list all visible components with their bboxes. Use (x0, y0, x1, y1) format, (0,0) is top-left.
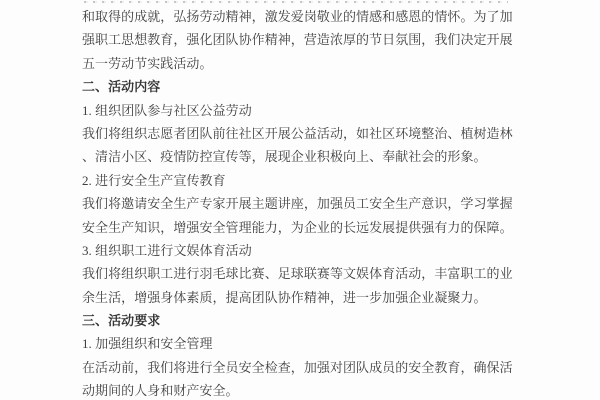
doc-line: 、清洁小区、疫情防控宣传等，展现企业积极向上、奉献社会的形象。 (82, 145, 515, 168)
doc-line: 3. 组织职工进行文娱体育活动 (82, 239, 515, 262)
doc-line: 2. 进行安全生产宣传教育 (82, 169, 515, 192)
doc-line: 动期间的人身和财产安全。 (82, 379, 515, 400)
doc-line: 在活动前，我们将进行全员安全检查，加强对团队成员的安全教育，确保活 (82, 356, 515, 379)
doc-line: 1. 加强组织和安全管理 (82, 332, 515, 355)
clipped-top-line (84, 1, 508, 3)
doc-line: 余生活，增强身体素质，提高团队协作精神，进一步加强企业凝聚力。 (82, 286, 515, 309)
doc-line: 和取得的成就，弘扬劳动精神，激发爱岗敬业的情感和感恩的情怀。为了加 (82, 5, 515, 28)
doc-line: 我们将邀请安全生产专家开展主题讲座，加强员工安全生产意识，学习掌握 (82, 192, 515, 215)
doc-line: 五一劳动节实践活动。 (82, 52, 515, 75)
doc-line: 1. 组织团队参与社区公益劳动 (82, 99, 515, 122)
section-heading: 二、活动内容 (82, 75, 515, 98)
doc-line: 我们将组织职工进行羽毛球比赛、足球联赛等文娱体育活动，丰富职工的业 (82, 262, 515, 285)
document-text-block: 和取得的成就，弘扬劳动精神，激发爱岗敬业的情感和感恩的情怀。为了加强职工思想教育… (82, 5, 515, 400)
section-heading: 三、活动要求 (82, 309, 515, 332)
document-page: 和取得的成就，弘扬劳动精神，激发爱岗敬业的情感和感恩的情怀。为了加强职工思想教育… (0, 0, 600, 400)
doc-line: 安全生产知识，增强安全管理能力，为企业的长远发展提供强有力的保障。 (82, 216, 515, 239)
doc-line: 我们将组织志愿者团队前往社区开展公益活动，如社区环境整治、植树造林 (82, 122, 515, 145)
doc-line: 强职工思想教育，强化团队协作精神，营造浓厚的节日氛围，我们决定开展 (82, 28, 515, 51)
